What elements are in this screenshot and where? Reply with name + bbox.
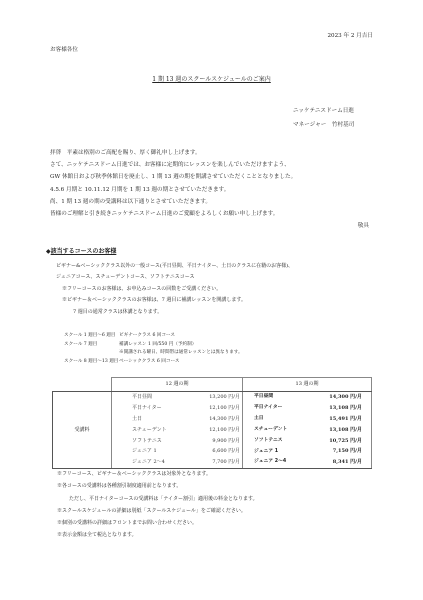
fee-table: 12 週の期 13 週の期 受講料 平日昼間13,200 円/月 平日ナイター1… bbox=[52, 377, 372, 469]
course-name: スチューデント bbox=[112, 428, 194, 433]
schedule-row: スクール 8 週目～13 週目 ベーシッククラス 6 回コース bbox=[64, 360, 243, 369]
fee-value: 8,341 円/月 bbox=[316, 460, 362, 465]
note-line: 7 週目の通常クラスは休講となります。 bbox=[56, 310, 293, 321]
section-heading-text: 該当するコースのお客様 bbox=[51, 248, 117, 255]
note-line: ※各コースの受講料は各種割引制度適用前となります。 bbox=[57, 484, 258, 496]
course-name: 平日昼間 bbox=[243, 395, 316, 400]
closing: 敬具 bbox=[358, 224, 369, 230]
course-name: 平日ナイター bbox=[112, 406, 194, 411]
note-line: ※ビギナー＆ベーシッククラスのお客様は、7 週目に補講レッスンを開講します。 bbox=[56, 298, 293, 309]
header-13-week: 13 週の期 bbox=[243, 378, 372, 392]
section-heading: ◆該当するコースのお客様 bbox=[46, 249, 116, 255]
fee-row: 平日ナイター13,108 円/月 bbox=[243, 403, 371, 414]
course-name: 土日 bbox=[112, 417, 194, 422]
fee-value: 12,100 円/月 bbox=[194, 428, 240, 433]
fee-value: 13,108 円/月 bbox=[316, 406, 362, 411]
fee-row-label: 受講料 bbox=[53, 392, 112, 469]
fee-value: 12,100 円/月 bbox=[194, 406, 240, 411]
fees-12-week: 平日昼間13,200 円/月 平日ナイター12,100 円/月 土日14,300… bbox=[112, 392, 243, 469]
header-12-week: 12 週の期 bbox=[112, 378, 243, 392]
fee-row: スチューデント12,100 円/月 bbox=[112, 425, 242, 436]
fee-row: 平日昼間13,200 円/月 bbox=[112, 392, 242, 403]
fee-value: 15,491 円/月 bbox=[316, 417, 362, 422]
fee-row: 土日15,491 円/月 bbox=[243, 414, 371, 425]
fee-value: 7,150 円/月 bbox=[316, 449, 362, 454]
document-date: 2023 年 2 月吉日 bbox=[327, 34, 373, 40]
fee-row: ソフトテニス10,725 円/月 bbox=[243, 436, 371, 447]
fee-value: 10,725 円/月 bbox=[316, 439, 362, 444]
course-name: 平日ナイター bbox=[243, 406, 316, 411]
eligible-courses: ビギナー&ベーシッククラス以外の一般コース(平日昼間、平日ナイター、土日のクラス… bbox=[56, 264, 293, 321]
fee-value: 7,700 円/月 bbox=[194, 460, 240, 465]
course-name: ジュニア 2～4 bbox=[112, 460, 194, 465]
fee-value: 6,600 円/月 bbox=[194, 449, 240, 454]
course-name: ジュニア 1 bbox=[243, 450, 316, 455]
letter-body: 拝啓 平素は格別のご高配を賜り、厚く御礼申し上げます。 さて、ニッケテニスドーム… bbox=[50, 151, 296, 224]
blank-header-cell bbox=[53, 378, 112, 392]
fee-row: 土日14,300 円/月 bbox=[112, 414, 242, 425]
course-name: ジュニア 2～4 bbox=[243, 460, 316, 465]
fee-row: ジュニア 16,600 円/月 bbox=[112, 446, 242, 457]
beginner-schedule: スクール 1 週目～6 週目 ビギナークラス 6 回コース スクール 7 週目 … bbox=[64, 334, 243, 368]
fee-notes: ※フリーコース、ビギナー＆ベーシッククラスは対象外となります。 ※各コースの受講… bbox=[57, 472, 258, 546]
schedule-period: スクール 7 週目 bbox=[64, 343, 119, 352]
course-name: ジュニア 1 bbox=[112, 449, 194, 454]
body-line: 4.5.6 月期と 10.11.12 月期を 1 期 13 週の期とさせていただ… bbox=[50, 188, 296, 200]
course-name: ソフトテニス bbox=[243, 439, 316, 444]
schedule-period: スクール 8 週目～13 週目 bbox=[64, 360, 119, 369]
fee-row: スチューデント13,108 円/月 bbox=[243, 425, 371, 436]
fee-row: ジュニア 2～48,341 円/月 bbox=[243, 457, 371, 468]
sender-person: マネージャー 竹村基司 bbox=[293, 123, 354, 129]
course-name: スチューデント bbox=[243, 428, 316, 433]
body-line: GW 休館日および秋季休館日を廃止し、1 期 13 週の期を開講させていただくこ… bbox=[50, 175, 296, 187]
fee-row: ジュニア 17,150 円/月 bbox=[243, 446, 371, 457]
note-line: ※表示金額は全て税込となります。 bbox=[57, 533, 258, 545]
course-name: 平日昼間 bbox=[112, 395, 194, 400]
document-title: 1 期 13 週のスクールスケジュールのご案内 bbox=[0, 77, 423, 83]
fee-value: 13,108 円/月 bbox=[316, 428, 362, 433]
body-line: 皆様のご理解と引き続きニッケテニスドーム日進のご愛顧をよろしくお願い申し上げます… bbox=[50, 212, 296, 224]
sender-organization: ニッケテニスドーム日進 bbox=[293, 109, 354, 115]
fee-value: 9,900 円/月 bbox=[194, 439, 240, 444]
fee-value: 13,200 円/月 bbox=[194, 395, 240, 400]
fee-value: 14,300 円/月 bbox=[194, 417, 240, 422]
course-name: ソフトテニス bbox=[112, 439, 194, 444]
recipient: お客様各位 bbox=[50, 48, 78, 54]
fee-value: 14,300 円/月 bbox=[316, 395, 362, 400]
course-name: 土日 bbox=[243, 417, 316, 422]
schedule-content: ベーシッククラス 6 回コース bbox=[119, 360, 179, 369]
fee-row: 平日ナイター12,100 円/月 bbox=[112, 403, 242, 414]
fees-13-week: 平日昼間14,300 円/月 平日ナイター13,108 円/月 土日15,491… bbox=[243, 392, 372, 469]
fee-row: ジュニア 2～47,700 円/月 bbox=[112, 457, 242, 468]
fee-row: 平日昼間14,300 円/月 bbox=[243, 392, 371, 403]
fee-row: ソフトテニス9,900 円/月 bbox=[112, 436, 242, 447]
